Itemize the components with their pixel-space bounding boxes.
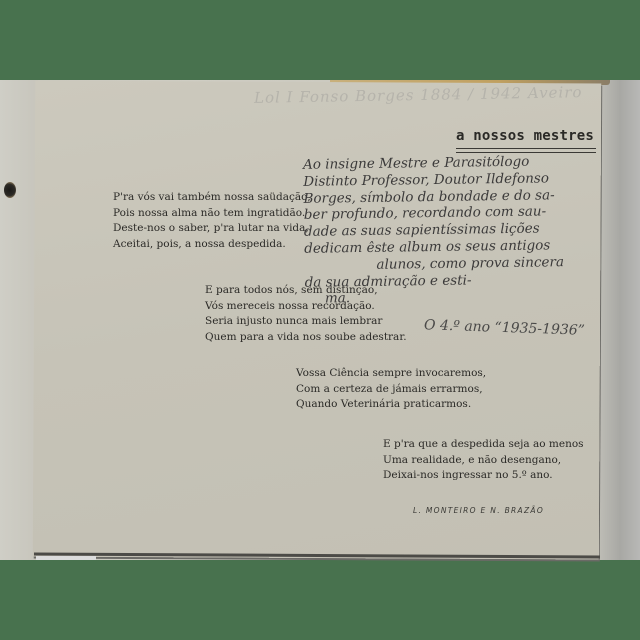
handwritten-dedication: Ao insigne Mestre e Parasitólogo Distint… [303, 153, 565, 308]
verse-line: Pois nossa alma não tem ingratidão. [113, 206, 311, 222]
verse-line: P'ra vós vai também nossa saüdação, [113, 190, 311, 206]
verse-line: Uma realidade, e não desengano, [383, 453, 584, 469]
verse-line: Quando Veterinária praticarmos. [296, 397, 486, 413]
verse-line: Deste-nos o saber, p'ra lutar na vida, [113, 221, 311, 237]
stanza-3: Vossa Ciência sempre invocaremos, Com a … [296, 366, 486, 413]
verse-line: Com a certeza de jámais errarmos, [296, 382, 486, 398]
stanza-1: P'ra vós vai também nossa saüdação, Pois… [113, 190, 311, 252]
verse-line: Vossa Ciência sempre invocaremos, [296, 366, 486, 382]
verse-line: E p'ra que a despedida seja ao menos [383, 437, 584, 453]
photo-stage: Lol I Fonso Borges 1884 / 1942 Aveiro a … [0, 0, 640, 640]
verse-line: Deixai-nos ingressar no 5.º ano. [383, 468, 584, 484]
page-title: a nossos mestres [456, 128, 594, 144]
authors-signature: L. MONTEIRO E N. BRAZÃO [413, 506, 544, 515]
page-corner-highlight [36, 556, 96, 560]
verse-line: Quem para a vida nos soube adestrar. [205, 330, 407, 346]
verse-line: Seria injusto nunca mais lembrar [205, 314, 407, 330]
right-shadow [600, 80, 640, 560]
title-double-rule [456, 148, 596, 153]
verse-line: Aceitai, pois, a nossa despedida. [113, 237, 311, 253]
stanza-4: E p'ra que a despedida seja ao menos Uma… [383, 437, 584, 484]
binding-hole-icon [4, 182, 16, 198]
